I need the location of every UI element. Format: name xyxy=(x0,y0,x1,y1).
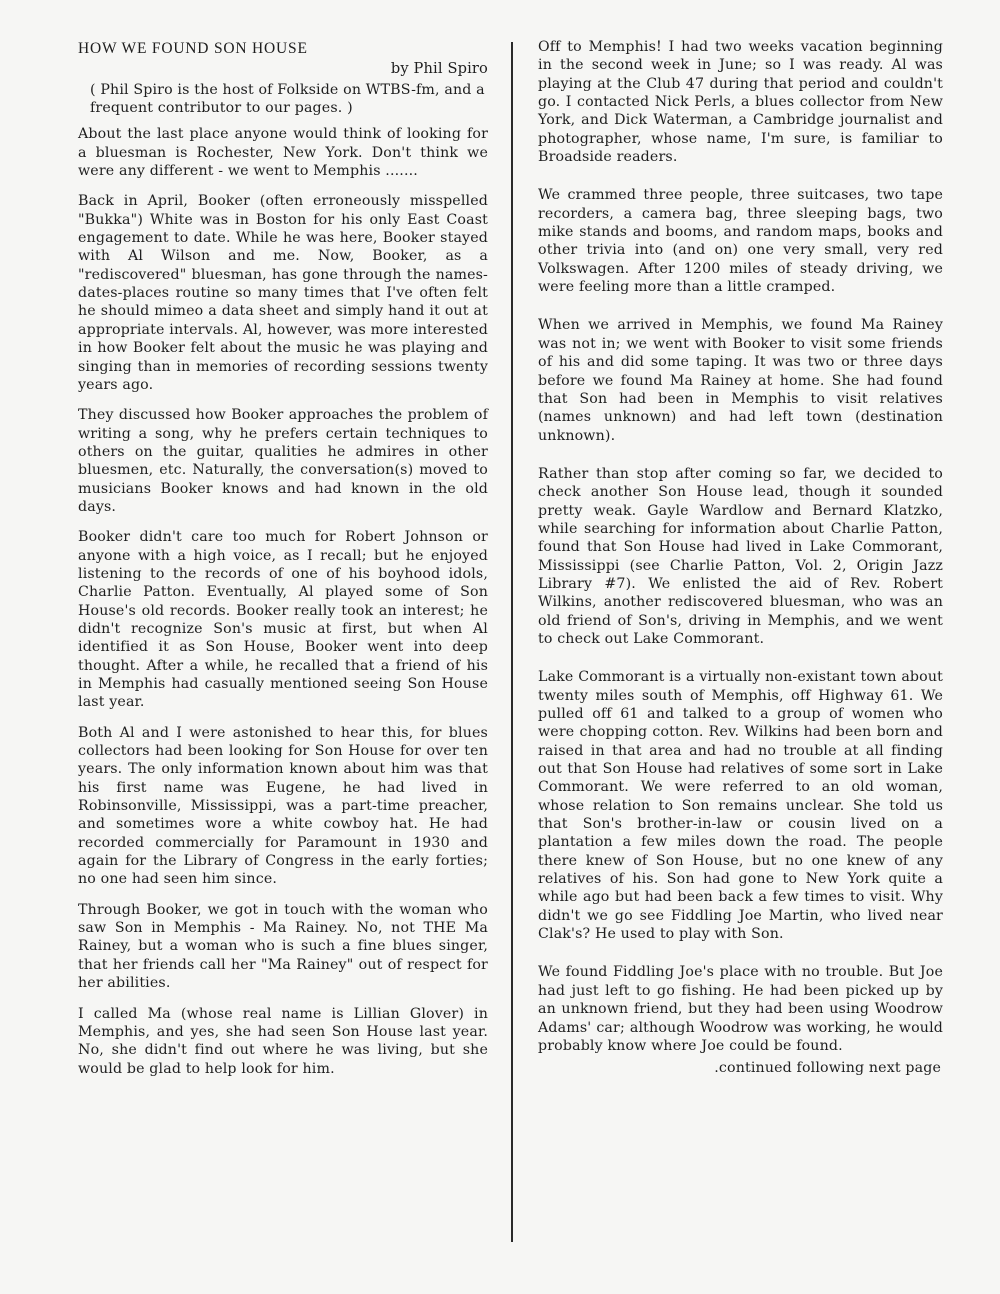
paragraph: When we arrived in Memphis, we found Ma … xyxy=(538,316,943,444)
editor-note: ( Phil Spiro is the host of Folkside on … xyxy=(90,81,488,118)
paragraph: We found Fiddling Joe's place with no tr… xyxy=(538,963,943,1055)
magazine-page: HOW WE FOUND SON HOUSE by Phil Spiro ( P… xyxy=(0,0,1000,1294)
paragraph: Both Al and I were astonished to hear th… xyxy=(78,724,488,889)
paragraph: They discussed how Booker approaches the… xyxy=(78,406,488,516)
paragraph: Booker didn't care too much for Robert J… xyxy=(78,528,488,711)
paragraph: Off to Memphis! I had two weeks vacation… xyxy=(538,38,943,166)
continued-note: .continued following next page xyxy=(538,1059,943,1077)
paragraph: We crammed three people, three suitcases… xyxy=(538,186,943,296)
column-divider xyxy=(511,42,513,1242)
left-column: HOW WE FOUND SON HOUSE by Phil Spiro ( P… xyxy=(78,38,488,1078)
paragraph: Rather than stop after coming so far, we… xyxy=(538,465,943,648)
article-title: HOW WE FOUND SON HOUSE xyxy=(78,40,488,58)
right-column: Off to Memphis! I had two weeks vacation… xyxy=(538,38,943,1078)
paragraph: Back in April, Booker (often erroneously… xyxy=(78,192,488,394)
paragraph: Through Booker, we got in touch with the… xyxy=(78,901,488,993)
paragraph: About the last place anyone would think … xyxy=(78,125,488,180)
article-byline: by Phil Spiro xyxy=(78,60,488,78)
paragraph: I called Ma (whose real name is Lillian … xyxy=(78,1005,488,1078)
paragraph: Lake Commorant is a virtually non-exista… xyxy=(538,668,943,943)
